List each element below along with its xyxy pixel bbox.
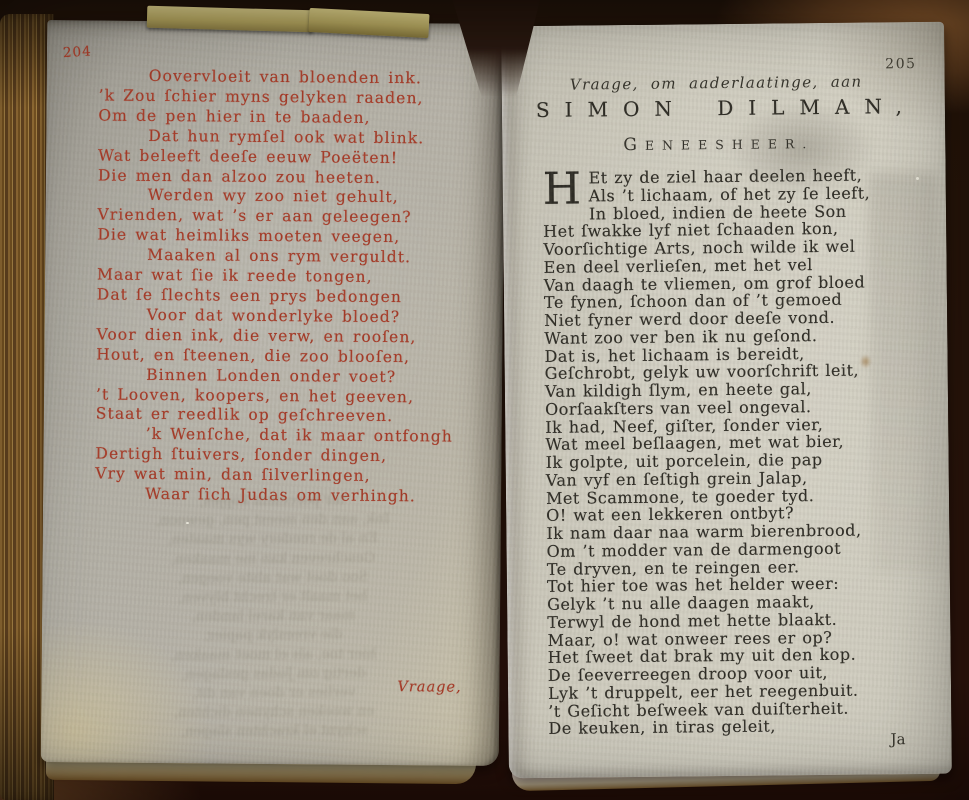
signature-mark: Ja: [890, 730, 905, 748]
poem-line: Maaken al ons rym verguldt.: [147, 246, 454, 269]
poem-line: Oovervloeit van bloenden ink.: [149, 67, 456, 90]
poem-line: Werden wy zoo niet gehult,: [148, 186, 455, 209]
right-page-poem: H Et zy de ziel haar deelen heeft, Als ’…: [543, 167, 870, 738]
poem-title: SIMON DILMAN,: [508, 94, 945, 123]
ribbon-bookmark-segment: [147, 6, 314, 33]
right-page: 205 Vraage, om aaderlaatinge, aan SIMON …: [501, 22, 952, 779]
poem-line: ’k Wenſche, dat ik maar ontfongh: [146, 425, 453, 448]
drop-cap-initial: H: [543, 169, 589, 205]
poem-line: Om de pen hier in te baaden,: [98, 106, 455, 129]
poem-body: In bloed, indien de heete Son Het ſwakke…: [543, 202, 870, 738]
dust-speck: [916, 177, 919, 180]
poem-line: Dat hun rymſel ook wat blink.: [148, 127, 455, 150]
dust-speck: [186, 522, 189, 524]
poem-line: Hout, en ſteenen, die zoo blooſen,: [96, 345, 453, 368]
catchword: Vraage,: [397, 679, 461, 696]
page-number-right: 205: [885, 56, 916, 72]
left-page-poem: Oovervloeit van bloenden ink. ’k Zou ſch…: [95, 66, 456, 507]
showthrough-text: ter porcelein kopjes, Ink, aan den meest…: [77, 490, 469, 743]
poem-line: Voor dat wonderlyke bloed?: [147, 306, 454, 329]
poem-line: Voor dien ink, die verw, en rooſen,: [96, 325, 453, 348]
poem-line: De keuken, in tiras geleit,: [548, 717, 870, 738]
ink-smudge: [868, 172, 942, 573]
poem-dedication-heading: Vraage, om aaderlaatinge, aan: [502, 72, 931, 94]
book-photograph: 204 Oovervloeit van bloenden ink. ’k Zou…: [0, 0, 969, 800]
page-number-left: 204: [63, 43, 93, 61]
showthrough-line: schynt el krachten slagen,: [79, 721, 469, 744]
poem-opening: H Et zy de ziel haar deelen heeft, Als ’…: [543, 167, 865, 206]
poem-line: Binnen Londen onder voet?: [146, 365, 453, 388]
dust-speck: [623, 676, 625, 678]
poem-line: Wat beleeft deeſe eeuw Poeëten!: [98, 146, 455, 169]
left-page: 204 Oovervloeit van bloenden ink. ’k Zou…: [41, 20, 505, 766]
